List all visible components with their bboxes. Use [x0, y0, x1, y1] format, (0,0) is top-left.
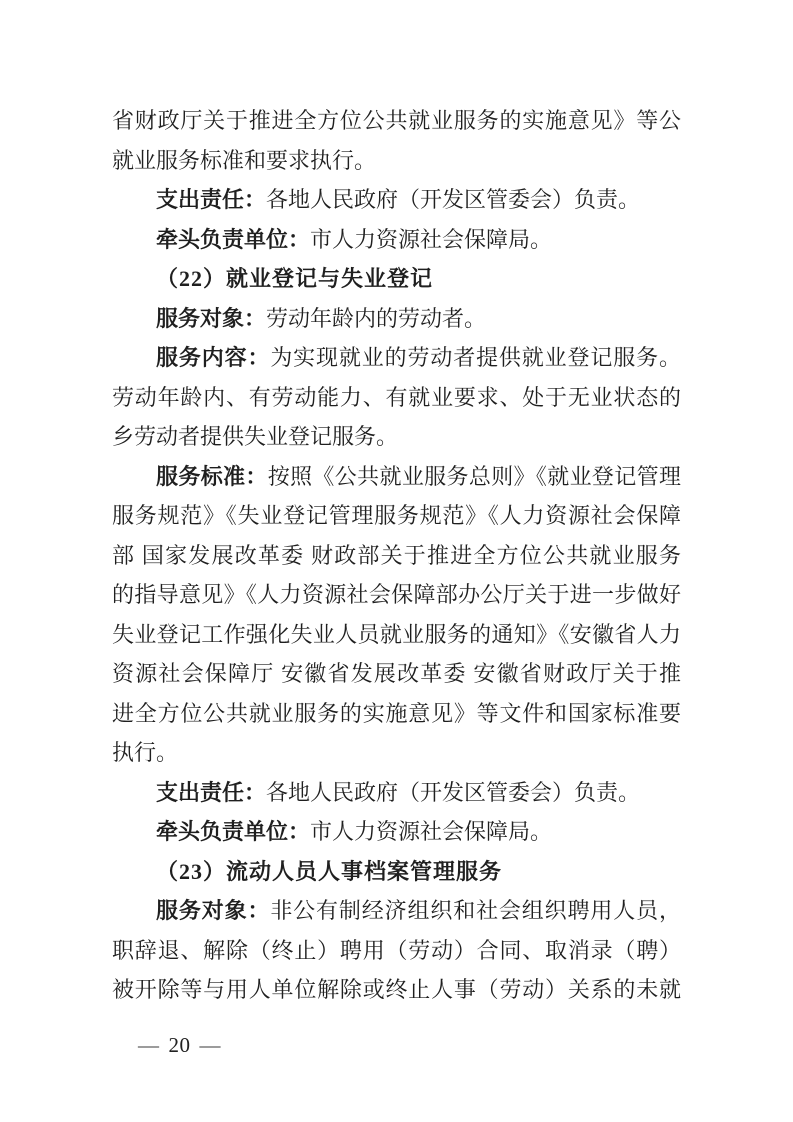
- text-line: 就业服务标准和要求执行。: [112, 141, 681, 181]
- footer-dash-right: —: [200, 1033, 222, 1057]
- line-text: 进全方位公共就业服务的实施意见》等文件和国家标准要求: [112, 701, 681, 734]
- line-text: 乡劳动者提供失业登记服务。: [112, 424, 398, 449]
- line-text: 就业服务标准和要求执行。: [112, 148, 376, 173]
- field-label: 服务标准：: [156, 464, 268, 489]
- document-page: 省财政厅关于推进全方位公共就业服务的实施意见》等公共就业服务标准和要求执行。支出…: [0, 0, 793, 1122]
- line-text: 各地人民政府（开发区管委会）负责。: [266, 187, 640, 212]
- line-text: 失业登记工作强化失业人员就业服务的通知》《安徽省人力: [112, 622, 681, 647]
- line-text: （22）就业登记与失业登记: [156, 266, 433, 291]
- field-label: 服务对象：: [156, 898, 270, 923]
- text-line: 的指导意见》《人力资源社会保障部办公厅关于进一步做好: [112, 575, 681, 615]
- page-footer: —20—: [138, 1030, 221, 1060]
- text-line: 服务内容：为实现就业的劳动者提供就业登记服务。为: [112, 338, 681, 378]
- text-line: 服务对象：非公有制经济组织和社会组织聘用人员，辞: [112, 891, 681, 931]
- line-text: （23）流动人员人事档案管理服务: [156, 859, 502, 884]
- text-line: 服务标准：按照《公共就业服务总则》《就业登记管理: [112, 457, 681, 497]
- line-text: 省财政厅关于推进全方位公共就业服务的实施意见》等公共: [112, 108, 681, 141]
- text-line: 执行。: [112, 733, 681, 773]
- line-text: 各地人民政府（开发区管委会）负责。: [266, 780, 640, 805]
- field-label: 支出责任：: [156, 187, 266, 212]
- line-text: 资源社会保障厅 安徽省发展改革委 安徽省财政厅关于推: [112, 661, 681, 686]
- text-line: 支出责任：各地人民政府（开发区管委会）负责。: [112, 773, 681, 813]
- line-text: 职辞退、解除（终止）聘用（劳动）合同、取消录（聘）用、: [112, 938, 681, 971]
- text-line: 牵头负责单位：市人力资源社会保障局。: [112, 812, 681, 852]
- line-text: 被开除等与用人单位解除或终止人事（劳动）关系的未就业: [112, 977, 681, 1010]
- line-text: 部 国家发展改革委 财政部关于推进全方位公共就业服务: [112, 543, 681, 568]
- field-label: 牵头负责单位：: [156, 227, 310, 252]
- text-line: 乡劳动者提供失业登记服务。: [112, 417, 681, 457]
- line-text: 市人力资源社会保障局。: [310, 819, 552, 844]
- text-line: 进全方位公共就业服务的实施意见》等文件和国家标准要求: [112, 694, 681, 734]
- text-line: 支出责任：各地人民政府（开发区管委会）负责。: [112, 180, 681, 220]
- section-heading: （23）流动人员人事档案管理服务: [112, 852, 681, 892]
- field-label: 支出责任：: [156, 780, 266, 805]
- line-text: 市人力资源社会保障局。: [310, 227, 552, 252]
- field-label: 服务对象：: [156, 306, 266, 331]
- text-line: 服务对象：劳动年龄内的劳动者。: [112, 299, 681, 339]
- line-text: 按照《公共就业服务总则》《就业登记管理: [268, 464, 681, 489]
- line-text: 执行。: [112, 740, 178, 765]
- page-number: 20: [169, 1033, 191, 1057]
- text-line: 省财政厅关于推进全方位公共就业服务的实施意见》等公共: [112, 101, 681, 141]
- document-body: 省财政厅关于推进全方位公共就业服务的实施意见》等公共就业服务标准和要求执行。支出…: [112, 101, 681, 1010]
- section-heading: （22）就业登记与失业登记: [112, 259, 681, 299]
- line-text: 服务规范》《失业登记管理服务规范》《人力资源社会保障: [112, 503, 681, 528]
- line-text: 劳动年龄内、有劳动能力、有就业要求、处于无业状态的城: [112, 385, 681, 418]
- line-text: 劳动年龄内的劳动者。: [266, 306, 486, 331]
- text-line: 被开除等与用人单位解除或终止人事（劳动）关系的未就业: [112, 970, 681, 1010]
- text-line: 资源社会保障厅 安徽省发展改革委 安徽省财政厅关于推: [112, 654, 681, 694]
- text-line: 部 国家发展改革委 财政部关于推进全方位公共就业服务: [112, 536, 681, 576]
- field-label: 服务内容：: [156, 345, 270, 370]
- text-line: 牵头负责单位：市人力资源社会保障局。: [112, 220, 681, 260]
- text-line: 服务规范》《失业登记管理服务规范》《人力资源社会保障: [112, 496, 681, 536]
- text-line: 劳动年龄内、有劳动能力、有就业要求、处于无业状态的城: [112, 378, 681, 418]
- field-label: 牵头负责单位：: [156, 819, 310, 844]
- footer-dash-left: —: [138, 1033, 160, 1057]
- line-text: 的指导意见》《人力资源社会保障部办公厅关于进一步做好: [112, 582, 681, 607]
- text-line: 职辞退、解除（终止）聘用（劳动）合同、取消录（聘）用、: [112, 931, 681, 971]
- text-line: 失业登记工作强化失业人员就业服务的通知》《安徽省人力: [112, 615, 681, 655]
